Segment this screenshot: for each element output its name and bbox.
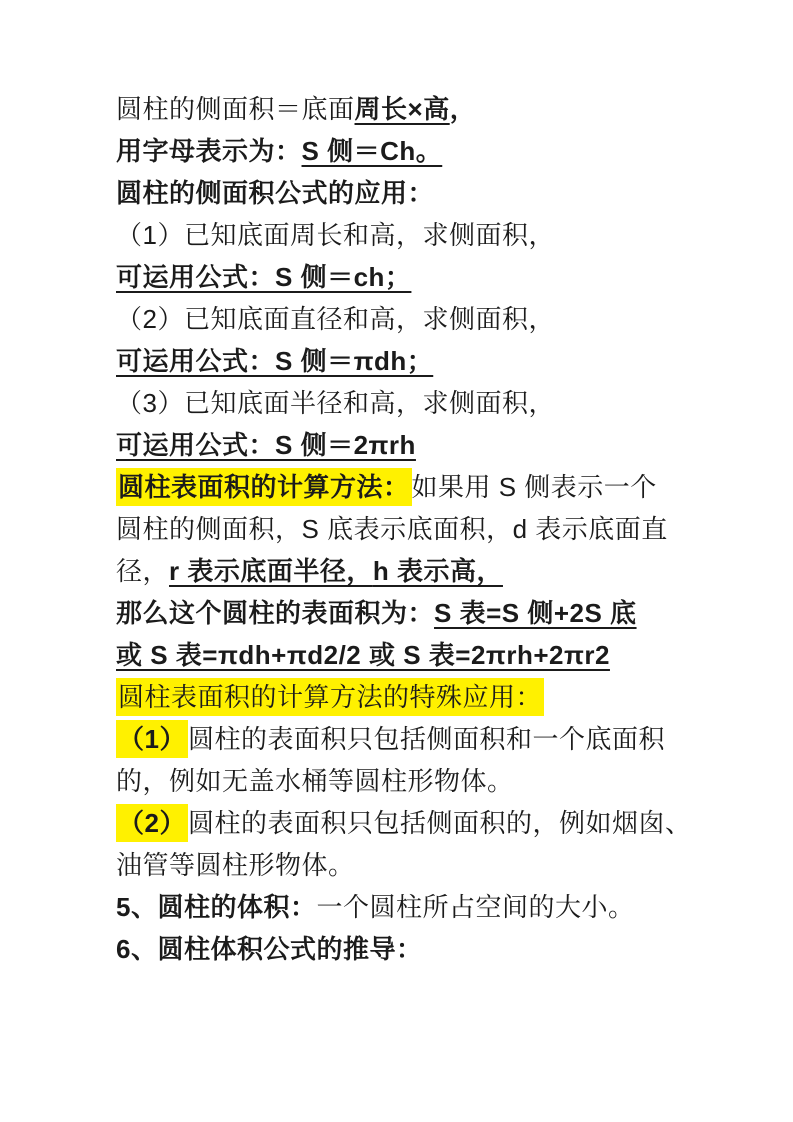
text-segment: 的，例如无盖水桶等圆柱形物体。	[116, 766, 514, 796]
text-line: 圆柱的侧面积＝底面周长×高，	[116, 88, 733, 130]
text-segment: r 表示底面半径，	[169, 556, 373, 586]
text-line: 可运用公式：S 侧＝πdh；	[116, 340, 733, 382]
document-page: 圆柱的侧面积＝底面周长×高，用字母表示为：S 侧＝Ch。圆柱的侧面积公式的应用：…	[0, 0, 793, 1122]
text-line: 那么这个圆柱的表面积为：S 表=S 侧+2S 底	[116, 592, 733, 634]
text-segment: （1）	[116, 720, 188, 758]
text-segment: 圆柱表面积的计算方法：	[116, 468, 412, 506]
text-segment: （2）	[116, 804, 188, 842]
text-segment: 一个圆柱所占空间的大小。	[316, 892, 634, 922]
text-line: 圆柱表面积的计算方法：如果用 S 侧表示一个	[116, 466, 733, 508]
text-segment: 圆柱的侧面积，S 底表示底面积，d 表示底面直	[116, 514, 668, 544]
text-segment: 可运用公式：S 侧＝2πrh	[116, 430, 416, 460]
text-line: 或 S 表=πdh+πd2/2 或 S 表=2πrh+2πr2	[116, 634, 733, 676]
text-segment: 可运用公式：S 侧＝ch；	[116, 262, 411, 292]
text-segment: 或 S 表=πdh+πd2/2 或 S 表=2πrh+2πr2	[116, 640, 610, 670]
text-segment: 圆柱的侧面积公式的应用：	[116, 178, 434, 208]
text-line: 6、圆柱体积公式的推导：	[116, 928, 733, 970]
text-segment: 周长×高	[355, 94, 450, 124]
text-segment: h 表示高，	[373, 556, 503, 586]
text-segment: 5、圆柱的体积：	[116, 892, 316, 922]
text-line: 圆柱表面积的计算方法的特殊应用：	[116, 676, 733, 718]
text-segment: （3）已知底面半径和高，求侧面积，	[116, 388, 555, 418]
text-segment: 圆柱的表面积只包括侧面积和一个底面积	[188, 724, 665, 754]
text-segment: （2）已知底面直径和高，求侧面积，	[116, 304, 555, 334]
text-segment: 圆柱表面积的计算方法的特殊应用：	[116, 678, 544, 716]
text-line: （2）圆柱的表面积只包括侧面积的，例如烟囱、	[116, 802, 733, 844]
text-segment: 那么这个圆柱的表面积为：	[116, 598, 434, 628]
text-line: （2）已知底面直径和高，求侧面积，	[116, 298, 733, 340]
text-segment: 油管等圆柱形物体。	[116, 850, 355, 880]
text-segment: S 表=S 侧+2S 底	[434, 598, 637, 628]
text-segment: 圆柱的侧面积＝底面	[116, 94, 355, 124]
text-segment: 6、圆柱体积公式的推导：	[116, 934, 422, 964]
text-line: 径，r 表示底面半径，h 表示高，	[116, 550, 733, 592]
text-line: 5、圆柱的体积：一个圆柱所占空间的大小。	[116, 886, 733, 928]
text-segment: （1）已知底面周长和高，求侧面积，	[116, 220, 555, 250]
document-body: 圆柱的侧面积＝底面周长×高，用字母表示为：S 侧＝Ch。圆柱的侧面积公式的应用：…	[116, 88, 733, 970]
text-line: 的，例如无盖水桶等圆柱形物体。	[116, 760, 733, 802]
text-line: （1）圆柱的表面积只包括侧面积和一个底面积	[116, 718, 733, 760]
text-line: （3）已知底面半径和高，求侧面积，	[116, 382, 733, 424]
text-line: 用字母表示为：S 侧＝Ch。	[116, 130, 733, 172]
text-line: 可运用公式：S 侧＝2πrh	[116, 424, 733, 466]
text-segment: S 侧＝Ch。	[302, 136, 443, 166]
text-line: 圆柱的侧面积，S 底表示底面积，d 表示底面直	[116, 508, 733, 550]
text-segment: 用字母表示为：	[116, 136, 302, 166]
text-line: 油管等圆柱形物体。	[116, 844, 733, 886]
text-segment: 可运用公式：S 侧＝πdh；	[116, 346, 433, 376]
text-line: （1）已知底面周长和高，求侧面积，	[116, 214, 733, 256]
text-line: 可运用公式：S 侧＝ch；	[116, 256, 733, 298]
text-line: 圆柱的侧面积公式的应用：	[116, 172, 733, 214]
text-segment: 如果用 S 侧表示一个	[412, 472, 657, 502]
text-segment: 圆柱的表面积只包括侧面积的，例如烟囱、	[188, 808, 692, 838]
text-segment: ，	[450, 94, 477, 124]
text-segment: 径，	[116, 556, 169, 586]
